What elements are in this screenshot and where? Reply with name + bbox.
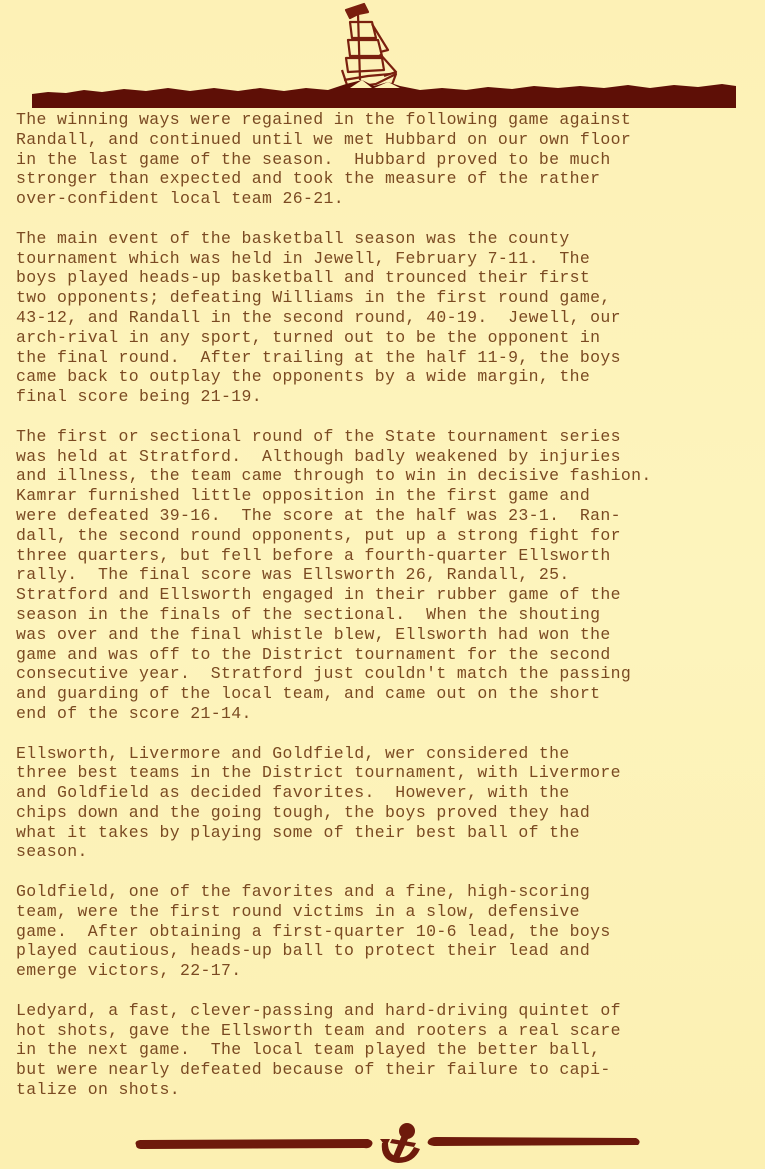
paragraph-goldfield: Goldfield, one of the favorites and a fi…	[16, 882, 755, 981]
anchor-icon	[380, 1123, 420, 1163]
text-line: and Goldfield as decided favorites. Howe…	[16, 783, 570, 802]
text-line: were defeated 39-16. The score at the ha…	[16, 506, 621, 525]
text-line: dall, the second round opponents, put up…	[16, 526, 621, 545]
text-line: hot shots, gave the Ellsworth team and r…	[16, 1021, 621, 1040]
text-line: tournament which was held in Jewell, Feb…	[16, 249, 590, 268]
text-line: came back to outplay the opponents by a …	[16, 367, 590, 386]
text-line: Ledyard, a fast, clever-passing and hard…	[16, 1001, 621, 1020]
text-line: The winning ways were regained in the fo…	[16, 110, 631, 129]
text-line: played cautious, heads-up ball to protec…	[16, 941, 590, 960]
text-line: in the next game. The local team played …	[16, 1040, 600, 1059]
text-line: arch-rival in any sport, turned out to b…	[16, 328, 600, 347]
ship-header-ornament	[28, 0, 740, 108]
text-line: Ellsworth, Livermore and Goldfield, wer …	[16, 744, 570, 763]
sailing-ship-icon	[342, 4, 396, 92]
text-line: and illness, the team came through to wi…	[16, 466, 652, 485]
anchor-footer-ornament	[130, 1117, 642, 1167]
text-line: boys played heads-up basketball and trou…	[16, 268, 590, 287]
text-line: game and was off to the District tournam…	[16, 645, 611, 664]
text-line: the final round. After trailing at the h…	[16, 348, 621, 367]
text-line: two opponents; defeating Williams in the…	[16, 288, 611, 307]
text-line: 43-12, and Randall in the second round, …	[16, 308, 621, 327]
paragraph-ledyard: Ledyard, a fast, clever-passing and hard…	[16, 1001, 755, 1100]
yearbook-page: The winning ways were regained in the fo…	[0, 0, 765, 1169]
text-line: was held at Stratford. Although badly we…	[16, 447, 621, 466]
text-line: over-confident local team 26-21.	[16, 189, 344, 208]
text-line: in the last game of the season. Hubbard …	[16, 150, 611, 169]
article-body: The winning ways were regained in the fo…	[16, 110, 755, 1100]
text-line: game. After obtaining a first-quarter 10…	[16, 922, 611, 941]
text-line: The first or sectional round of the Stat…	[16, 427, 621, 446]
text-line: and guarding of the local team, and came…	[16, 684, 600, 703]
paragraph-hubbard: The winning ways were regained in the fo…	[16, 110, 755, 209]
text-line: emerge victors, 22-17.	[16, 961, 242, 980]
text-line: chips down and the going tough, the boys…	[16, 803, 590, 822]
text-line: three best teams in the District tournam…	[16, 763, 621, 782]
paragraph-district: Ellsworth, Livermore and Goldfield, wer …	[16, 744, 755, 863]
text-line: but were nearly defeated because of thei…	[16, 1060, 611, 1079]
text-line: consecutive year. Stratford just couldn'…	[16, 664, 631, 683]
right-rule	[428, 1137, 640, 1146]
text-line: three quarters, but fell before a fourth…	[16, 546, 611, 565]
text-line: end of the score 21-14.	[16, 704, 252, 723]
text-line: was over and the final whistle blew, Ell…	[16, 625, 611, 644]
text-line: stronger than expected and took the meas…	[16, 169, 600, 188]
text-line: final score being 21-19.	[16, 387, 262, 406]
text-line: season in the finals of the sectional. W…	[16, 605, 600, 624]
text-line: season.	[16, 842, 88, 861]
text-line: talize on shots.	[16, 1080, 180, 1099]
text-line: Stratford and Ellsworth engaged in their…	[16, 585, 621, 604]
text-line: Goldfield, one of the favorites and a fi…	[16, 882, 590, 901]
paragraph-county-tournament: The main event of the basketball season …	[16, 229, 755, 407]
text-line: Kamrar furnished little opposition in th…	[16, 486, 590, 505]
text-line: rally. The final score was Ellsworth 26,…	[16, 565, 570, 584]
paragraph-sectional: The first or sectional round of the Stat…	[16, 427, 755, 724]
text-line: what it takes by playing some of their b…	[16, 823, 580, 842]
text-line: Randall, and continued until we met Hubb…	[16, 130, 631, 149]
left-rule	[136, 1139, 373, 1149]
text-line: The main event of the basketball season …	[16, 229, 570, 248]
text-line: team, were the first round victims in a …	[16, 902, 580, 921]
